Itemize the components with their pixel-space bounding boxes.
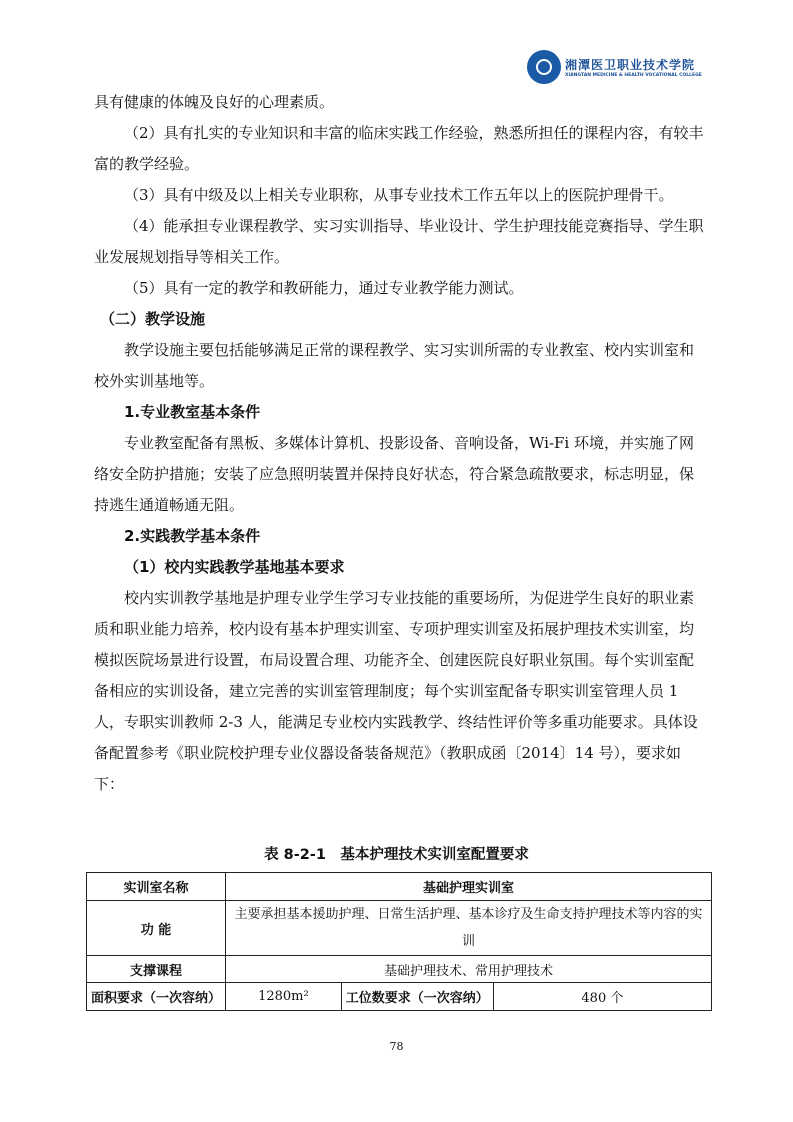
paragraph-1: 具有健康的体魄及良好的心理素质。 [94,87,706,118]
subheading-onsite-base: （1）校内实践教学基地基本要求 [124,552,736,583]
cell-name-value: 基础护理实训室 [226,873,712,901]
paragraph-3: （3）具有中级及以上相关专业职称，从事专业技术工作五年以上的医院护理骨干。 [94,180,706,211]
page-number: 78 [0,1040,793,1053]
cell-station-value: 480 个 [493,983,711,1011]
college-emblem-icon [527,50,561,84]
paragraph-2: （2）具有扎实的专业知识和丰富的临床实践工作经验，熟悉所担任的课程内容，有较丰富… [94,118,706,180]
cell-function-value: 主要承担基本援助护理、日常生活护理、基本诊疗及生命支持护理技术等内容的实训 [226,901,712,956]
table-caption: 表 8-2-1 基本护理技术实训室配置要求 [0,843,793,864]
cell-area-label: 面积要求（一次容纳） [87,983,226,1011]
paragraph-onsite-base: 校内实训教学基地是护理专业学生学习专业技能的重要场所，为促进学生良好的职业素质和… [94,583,706,800]
logo-english-name: XIANGTAN MEDICINE & HEALTH VOCATIONAL CO… [565,73,702,78]
college-logo: 湘潭医卫职业技术学院 XIANGTAN MEDICINE & HEALTH VO… [527,50,702,84]
logo-chinese-name: 湘潭医卫职业技术学院 [565,56,702,73]
cell-function-label: 功 能 [87,901,226,956]
paragraph-facilities: 教学设施主要包括能够满足正常的课程教学、实习实训所需的专业教室、校内实训室和校外… [94,335,706,397]
section-heading-facilities: （二）教学设施 [100,304,712,335]
cell-name-label: 实训室名称 [87,873,226,901]
paragraph-classroom: 专业教室配备有黑板、多媒体计算机、投影设备、音响设备，Wi-Fi 环境，并实施了… [94,428,706,521]
paragraph-4: （4）能承担专业课程教学、实习实训指导、毕业设计、学生护理技能竞赛指导、学生职业… [94,211,706,273]
subheading-practice: 2.实践教学基本条件 [124,521,736,552]
config-table: 实训室名称 基础护理实训室 功 能 主要承担基本援助护理、日常生活护理、基本诊疗… [86,872,712,1011]
paragraph-5: （5）具有一定的教学和教研能力，通过专业教学能力测试。 [94,273,706,304]
cell-course-value: 基础护理技术、常用护理技术 [226,956,712,983]
cell-course-label: 支撑课程 [87,956,226,983]
cell-station-label: 工位数要求（一次容纳） [341,983,493,1011]
subheading-classroom: 1.专业教室基本条件 [124,397,736,428]
cell-area-value: 1280m² [226,983,342,1011]
